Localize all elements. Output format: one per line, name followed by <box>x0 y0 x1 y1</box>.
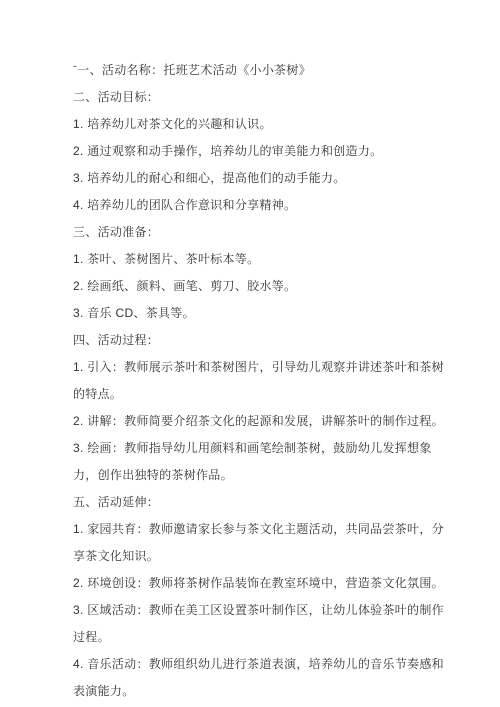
screenshot-canvas: ˉ一、活动名称：托班艺术活动《小小茶树》 二、活动目标： 1. 培养幼儿对茶文化… <box>0 0 500 707</box>
document-page: ˉ一、活动名称：托班艺术活动《小小茶树》 二、活动目标： 1. 培养幼儿对茶文化… <box>0 0 500 707</box>
goal-item-2: 2. 通过观察和动手操作，培养幼儿的审美能力和创造力。 <box>73 138 450 165</box>
extension-item-1: 1. 家园共育：教师邀请家长参与茶文化主题活动，共同品尝茶叶，分享茶文化知识。 <box>73 516 450 570</box>
activity-title-line: ˉ一、活动名称：托班艺术活动《小小茶树》 <box>73 57 450 84</box>
goal-item-4: 4. 培养幼儿的团队合作意识和分享精神。 <box>73 192 450 219</box>
section-heading-process: 四、活动过程： <box>73 327 450 354</box>
prep-item-1: 1. 茶叶、茶树图片、茶叶标本等。 <box>73 246 450 273</box>
extension-item-2: 2. 环境创设：教师将茶树作品装饰在教室环境中，营造茶文化氛围。 <box>73 570 450 597</box>
prep-item-2: 2. 绘画纸、颜料、画笔、剪刀、胶水等。 <box>73 273 450 300</box>
process-item-1: 1. 引入：教师展示茶叶和茶树图片，引导幼儿观察并讲述茶叶和茶树的特点。 <box>73 354 450 408</box>
section-heading-extension: 五、活动延伸： <box>73 489 450 516</box>
goal-item-3: 3. 培养幼儿的耐心和细心，提高他们的动手能力。 <box>73 165 450 192</box>
extension-item-4: 4. 音乐活动：教师组织幼儿进行茶道表演，培养幼儿的音乐节奏感和表演能力。 <box>73 651 450 705</box>
goal-item-1: 1. 培养幼儿对茶文化的兴趣和认识。 <box>73 111 450 138</box>
prep-item-3: 3. 音乐 CD、茶具等。 <box>73 300 450 327</box>
process-item-2: 2. 讲解：教师简要介绍茶文化的起源和发展，讲解茶叶的制作过程。 <box>73 408 450 435</box>
section-heading-prep: 三、活动准备： <box>73 219 450 246</box>
extension-item-3: 3. 区域活动：教师在美工区设置茶叶制作区，让幼儿体验茶叶的制作过程。 <box>73 597 450 651</box>
section-heading-goals: 二、活动目标： <box>73 84 450 111</box>
process-item-3: 3. 绘画：教师指导幼儿用颜料和画笔绘制茶树，鼓励幼儿发挥想象力，创作出独特的茶… <box>73 435 450 489</box>
